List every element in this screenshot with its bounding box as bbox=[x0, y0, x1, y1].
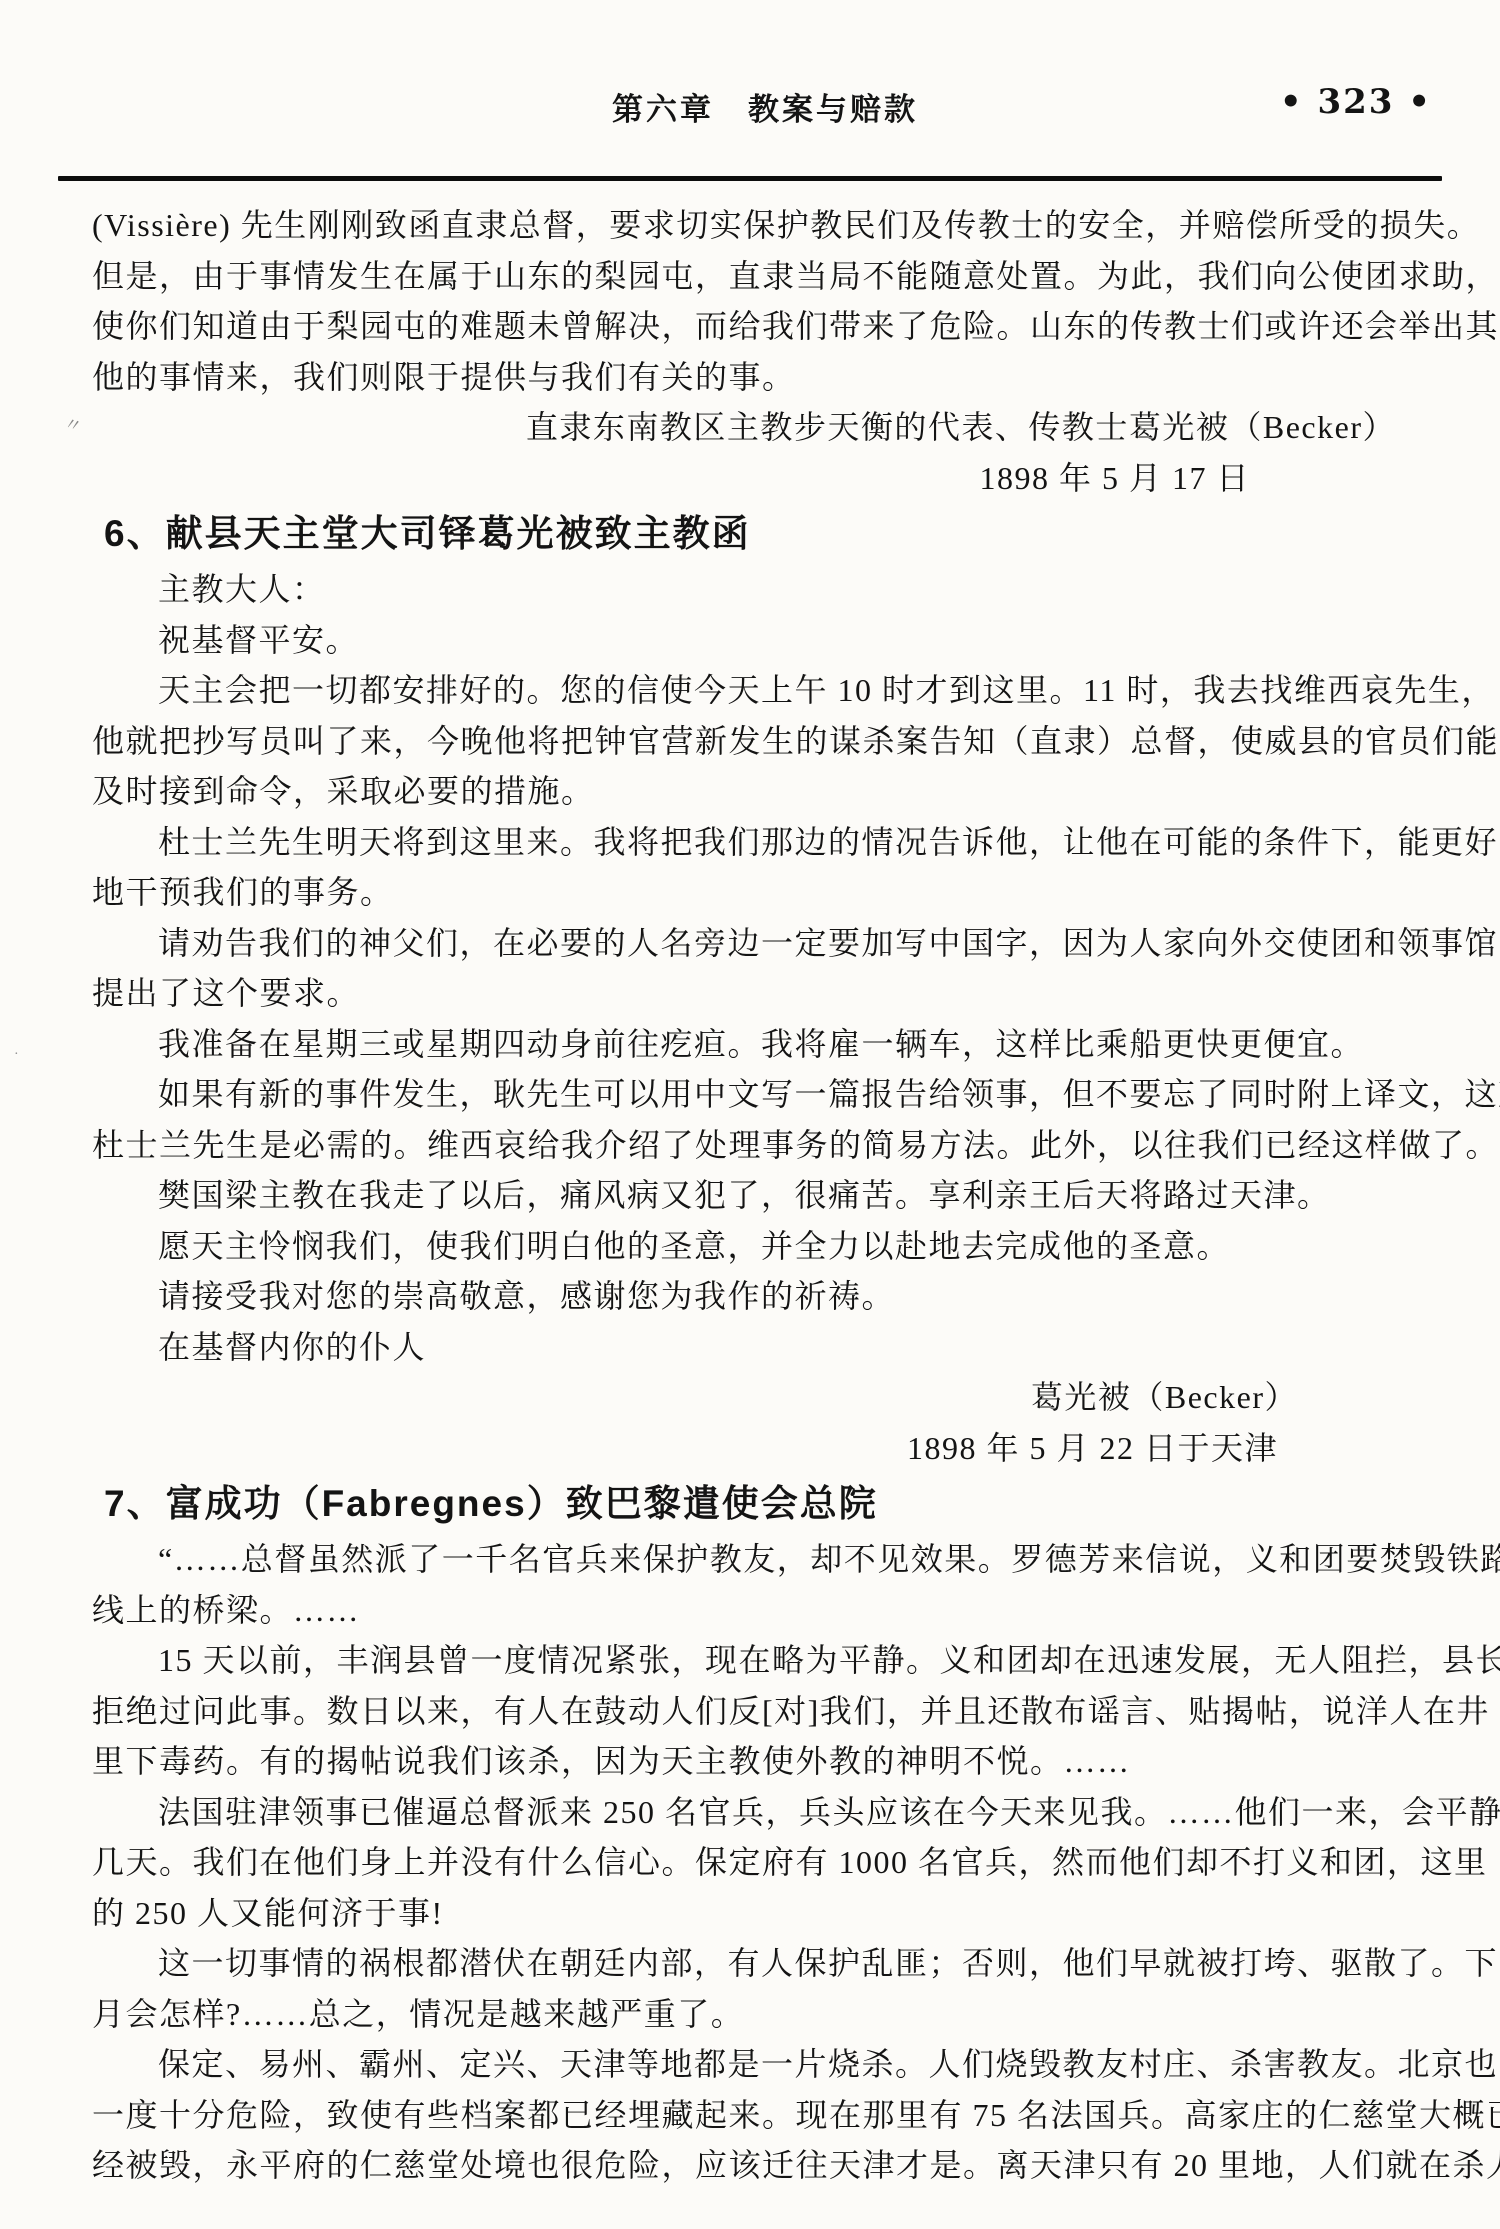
text-line: 他的事情来，我们则限于提供与我们有关的事。 bbox=[92, 352, 1440, 403]
text-line: 主教大人： bbox=[92, 564, 1440, 615]
letter-signature: 葛光被（Becker） bbox=[92, 1372, 1440, 1423]
text-line: 我准备在星期三或星期四动身前往疙疸。我将雇一辆车，这样比乘船更快更便宜。 bbox=[92, 1019, 1440, 1070]
page-number: • 323 • bbox=[1280, 82, 1432, 122]
scan-artifact: 〃 bbox=[62, 414, 84, 436]
text-line: (Vissière) 先生刚刚致函直隶总督，要求切实保护教民们及传教士的安全，并… bbox=[92, 200, 1440, 251]
scan-artifact: · bbox=[14, 1046, 19, 1064]
text-line: 线上的桥梁。…… bbox=[92, 1585, 1440, 1636]
text-line: 使你们知道由于梨园屯的难题未曾解决，而给我们带来了危险。山东的传教士们或许还会举… bbox=[92, 301, 1440, 352]
page-body: (Vissière) 先生刚刚致函直隶总督，要求切实保护教民们及传教士的安全，并… bbox=[92, 200, 1440, 2191]
text-line: 他就把抄写员叫了来，今晚他将把钟官营新发生的谋杀案告知（直隶）总督，使威县的官员… bbox=[92, 716, 1440, 767]
text-line: 及时接到命令，采取必要的措施。 bbox=[92, 766, 1440, 817]
letter-date: 1898 年 5 月 17 日 bbox=[92, 453, 1440, 504]
text-line: 祝基督平安。 bbox=[92, 615, 1440, 666]
text-line: 请劝告我们的神父们，在必要的人名旁边一定要加写中国字，因为人家向外交使团和领事馆 bbox=[92, 918, 1440, 969]
text-line: 几天。我们在他们身上并没有什么信心。保定府有 1000 名官兵，然而他们却不打义… bbox=[92, 1837, 1440, 1888]
section-7-heading: 7、富成功（Fabregnes）致巴黎遣使会总院 bbox=[92, 1476, 1440, 1532]
text-line: 樊国梁主教在我走了以后，痛风病又犯了，很痛苦。享利亲王后天将路过天津。 bbox=[92, 1170, 1440, 1221]
text-line: 这一切事情的祸根都潜伏在朝廷内部，有人保护乱匪；否则，他们早就被打垮、驱散了。下 bbox=[92, 1938, 1440, 1989]
text-line: “……总督虽然派了一千名官兵来保护教友，却不见效果。罗德芳来信说，义和团要焚毁铁… bbox=[92, 1534, 1440, 1585]
text-line: 里下毒药。有的揭帖说我们该杀，因为天主教使外教的神明不悦。…… bbox=[92, 1736, 1440, 1787]
text-line: 如果有新的事件发生，耿先生可以用中文写一篇报告给领事，但不要忘了同时附上译文，这… bbox=[92, 1069, 1440, 1120]
letter-signature: 直隶东南教区主教步天衡的代表、传教士葛光被（Becker） bbox=[92, 402, 1440, 453]
running-head: 第六章 教案与赔款 • 323 • bbox=[0, 84, 1500, 132]
text-line: 15 天以前，丰润县曾一度情况紧张，现在略为平静。义和团却在迅速发展，无人阻拦，… bbox=[92, 1635, 1440, 1686]
text-line: 经被毁，永平府的仁慈堂处境也很危险，应该迁往天津才是。离天津只有 20 里地，人… bbox=[92, 2140, 1440, 2191]
letter-date: 1898 年 5 月 22 日于天津 bbox=[92, 1423, 1440, 1474]
text-line: 一度十分危险，致使有些档案都已经埋藏起来。现在那里有 75 名法国兵。高家庄的仁… bbox=[92, 2090, 1440, 2141]
text-line: 天主会把一切都安排好的。您的信使今天上午 10 时才到这里。11 时，我去找维西… bbox=[92, 665, 1440, 716]
text-line: 杜士兰先生是必需的。维西哀给我介绍了处理事务的简易方法。此外，以往我们已经这样做… bbox=[92, 1120, 1440, 1171]
text-line: 在基督内你的仆人 bbox=[92, 1322, 1440, 1373]
text-line: 的 250 人又能何济于事! bbox=[92, 1888, 1440, 1939]
text-line: 月会怎样?……总之，情况是越来越严重了。 bbox=[92, 1989, 1440, 2040]
text-line: 保定、易州、霸州、定兴、天津等地都是一片烧杀。人们烧毁教友村庄、杀害教友。北京也 bbox=[92, 2039, 1440, 2090]
text-line: 地干预我们的事务。 bbox=[92, 867, 1440, 918]
text-line: 杜士兰先生明天将到这里来。我将把我们那边的情况告诉他，让他在可能的条件下，能更好 bbox=[92, 817, 1440, 868]
text-line: 法国驻津领事已催逼总督派来 250 名官兵，兵头应该在今天来见我。……他们一来，… bbox=[92, 1787, 1440, 1838]
text-line: 愿天主怜悯我们，使我们明白他的圣意，并全力以赴地去完成他的圣意。 bbox=[92, 1221, 1440, 1272]
section-6-heading: 6、献县天主堂大司铎葛光被致主教函 bbox=[92, 506, 1440, 562]
scanned-book-page: 第六章 教案与赔款 • 323 • 〃 · (Vissière) 先生刚刚致函直… bbox=[0, 0, 1500, 2229]
text-line: 拒绝过问此事。数日以来，有人在鼓动人们反[对]我们，并且还散布谣言、贴揭帖，说洋… bbox=[92, 1686, 1440, 1737]
text-line: 但是，由于事情发生在属于山东的梨园屯，直隶当局不能随意处置。为此，我们向公使团求… bbox=[92, 251, 1440, 302]
header-rule bbox=[58, 176, 1442, 181]
text-line: 请接受我对您的崇高敬意，感谢您为我作的祈祷。 bbox=[92, 1271, 1440, 1322]
text-line: 提出了这个要求。 bbox=[92, 968, 1440, 1019]
chapter-title: 第六章 教案与赔款 bbox=[15, 84, 1500, 129]
